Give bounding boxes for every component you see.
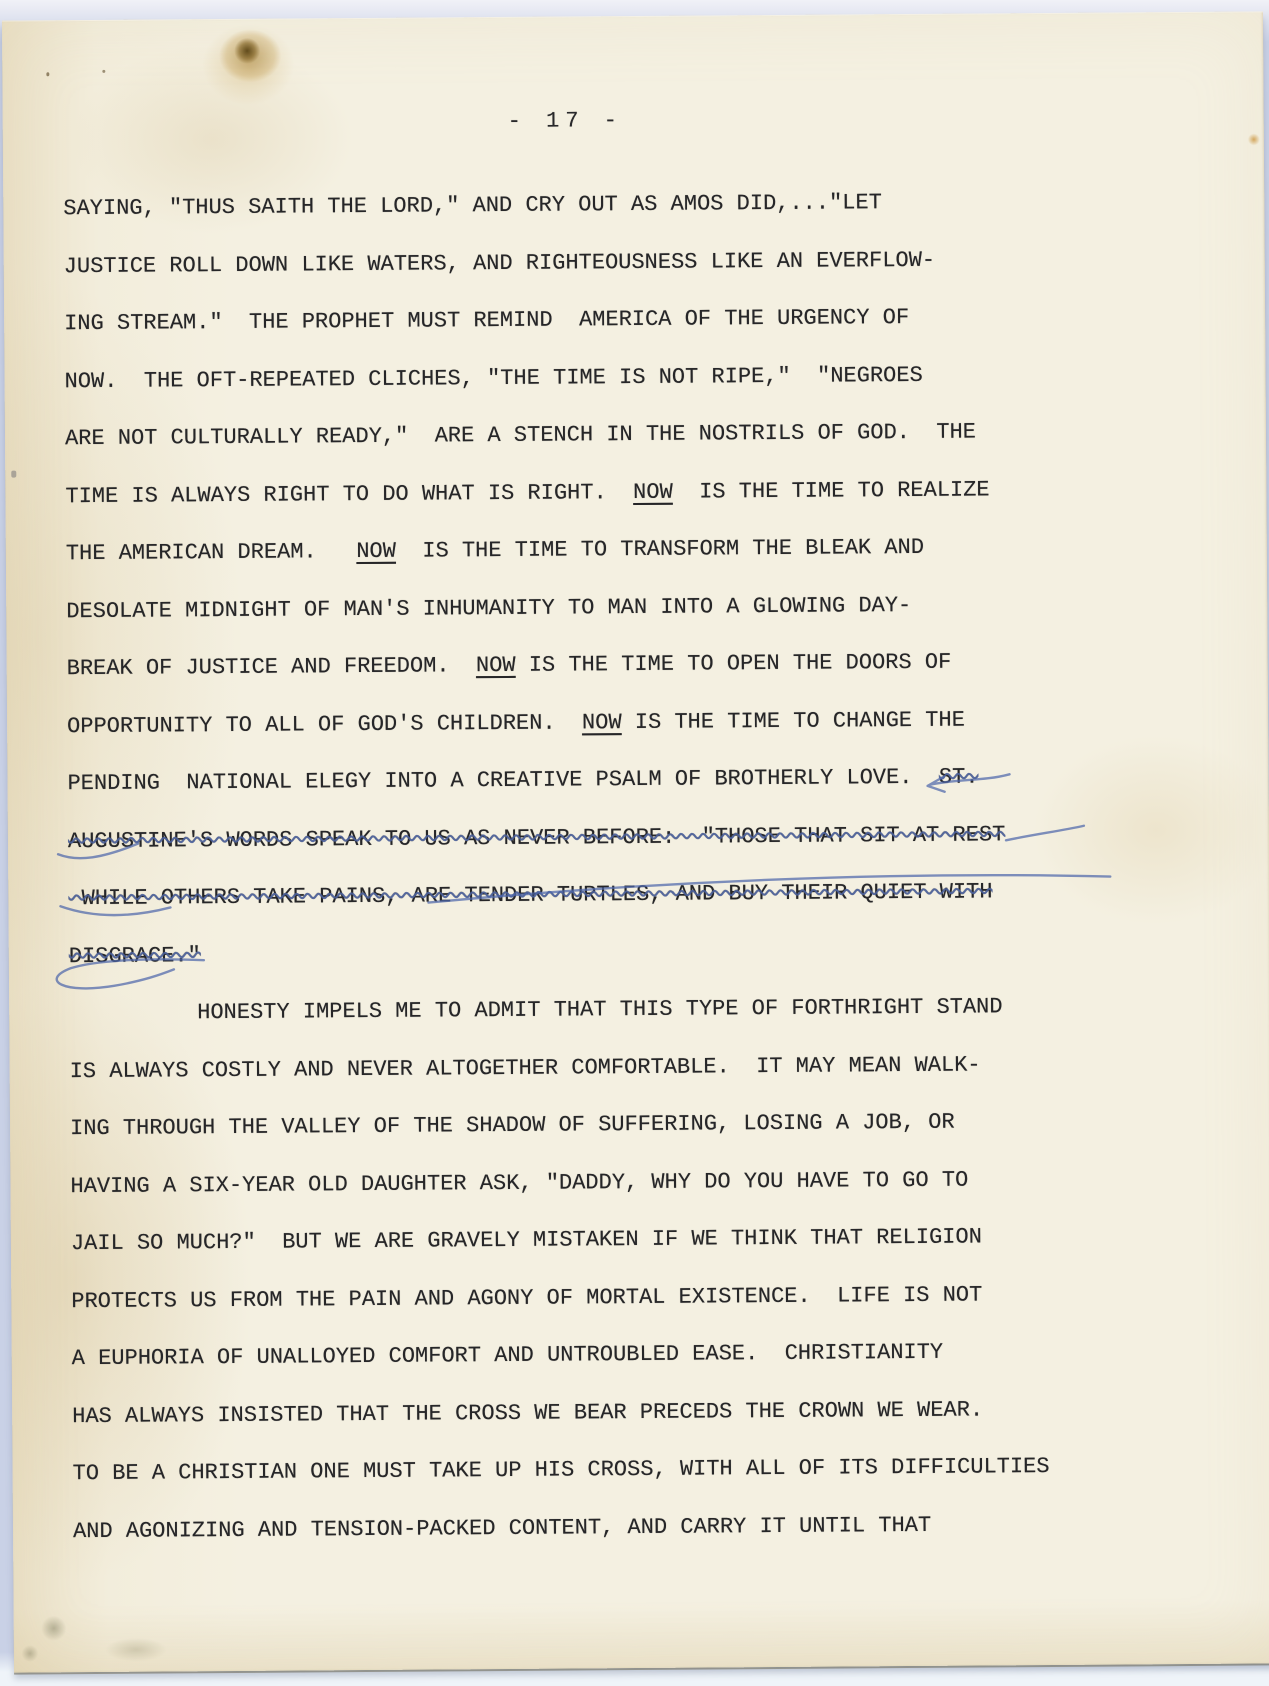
text-segment: IS THE TIME TO CHANGE THE — [622, 707, 965, 735]
text-line: PENDING NATIONAL ELEGY INTO A CREATIVE P… — [67, 747, 1197, 813]
paper-speck — [102, 70, 105, 73]
text-segment: TO BE A CHRISTIAN ONE MUST TAKE UP HIS C… — [73, 1454, 1050, 1486]
text-line: IS ALWAYS COSTLY AND NEVER ALTOGETHER CO… — [69, 1034, 1199, 1100]
page-number: - 17 - — [508, 108, 623, 134]
text-line: WHILE OTHERS TAKE PAINS, ARE TENDER TURT… — [68, 862, 1198, 928]
text-segment: BREAK OF JUSTICE AND FREEDOM. — [67, 653, 476, 681]
text-line: THE AMERICAN DREAM. NOW IS THE TIME TO T… — [66, 517, 1196, 583]
text-segment: IS THE TIME TO TRANSFORM THE BLEAK AND — [396, 535, 924, 564]
text-segment: IS THE TIME TO OPEN THE DOORS OF — [516, 650, 952, 678]
text-body: SAYING, "THUS SAITH THE LORD," AND CRY O… — [63, 172, 1203, 1560]
underlined-word: NOW — [633, 479, 673, 504]
text-segment: NOW. THE OFT-REPEATED CLICHES, "THE TIME… — [65, 362, 923, 393]
text-line: TIME IS ALWAYS RIGHT TO DO WHAT IS RIGHT… — [65, 459, 1195, 525]
text-segment: JUSTICE ROLL DOWN LIKE WATERS, AND RIGHT… — [64, 247, 936, 278]
text-line: OPPORTUNITY TO ALL OF GOD'S CHILDREN. NO… — [67, 689, 1197, 755]
struck-text: ST. — [939, 765, 979, 790]
text-line: HAVING A SIX-YEAR OLD DAUGHTER ASK, "DAD… — [70, 1149, 1200, 1215]
struck-text: AUGUSTINE'S WORDS SPEAK TO US AS NEVER B… — [68, 822, 1006, 854]
text-line: A EUPHORIA OF UNALLOYED COMFORT AND UNTR… — [72, 1322, 1202, 1388]
text-line: HONESTY IMPELS ME TO ADMIT THAT THIS TYP… — [69, 977, 1199, 1043]
text-segment: PROTECTS US FROM THE PAIN AND AGONY OF M… — [71, 1282, 982, 1314]
text-segment: OPPORTUNITY TO ALL OF GOD'S CHILDREN. — [67, 710, 582, 739]
text-segment: A EUPHORIA OF UNALLOYED COMFORT AND UNTR… — [72, 1340, 944, 1371]
text-segment: JAIL SO MUCH?" BUT WE ARE GRAVELY MISTAK… — [71, 1224, 982, 1256]
underlined-word: NOW — [582, 710, 622, 735]
text-segment: HAS ALWAYS INSISTED THAT THE CROSS WE BE… — [72, 1397, 983, 1429]
text-line: HAS ALWAYS INSISTED THAT THE CROSS WE BE… — [72, 1379, 1202, 1445]
text-line: AUGUSTINE'S WORDS SPEAK TO US AS NEVER B… — [68, 804, 1198, 870]
text-line: PROTECTS US FROM THE PAIN AND AGONY OF M… — [71, 1264, 1201, 1330]
text-segment: PENDING NATIONAL ELEGY INTO A CREATIVE P… — [67, 765, 939, 796]
text-line: BREAK OF JUSTICE AND FREEDOM. NOW IS THE… — [67, 632, 1197, 698]
text-segment: TIME IS ALWAYS RIGHT TO DO WHAT IS RIGHT… — [65, 480, 633, 509]
text-segment: HAVING A SIX-YEAR OLD DAUGHTER ASK, "DAD… — [70, 1167, 968, 1199]
text-line: ARE NOT CULTURALLY READY," ARE A STENCH … — [65, 402, 1195, 468]
text-line: NOW. THE OFT-REPEATED CLICHES, "THE TIME… — [64, 344, 1194, 410]
paper-speck — [46, 72, 49, 76]
text-line: AND AGONIZING AND TENSION-PACKED CONTENT… — [73, 1494, 1203, 1560]
text-line: SAYING, "THUS SAITH THE LORD," AND CRY O… — [63, 172, 1193, 238]
document-page: - 17 - SAYING, "THUS SAITH THE LORD," AN… — [2, 11, 1269, 1672]
text-segment: ING STREAM." THE PROPHET MUST REMIND AME… — [64, 305, 909, 336]
text-line: JUSTICE ROLL DOWN LIKE WATERS, AND RIGHT… — [64, 229, 1194, 295]
text-segment: ING THROUGH THE VALLEY OF THE SHADOW OF … — [70, 1110, 955, 1141]
scanned-page-background: - 17 - SAYING, "THUS SAITH THE LORD," AN… — [0, 0, 1269, 1686]
text-line: DISGRACE." — [69, 919, 1199, 985]
underlined-word: NOW — [356, 539, 396, 564]
text-segment: SAYING, "THUS SAITH THE LORD," AND CRY O… — [63, 190, 882, 221]
text-segment: ARE NOT CULTURALLY READY," ARE A STENCH … — [65, 420, 976, 452]
struck-text: WHILE OTHERS TAKE PAINS, ARE TENDER TURT… — [68, 879, 992, 911]
text-segment: IS ALWAYS COSTLY AND NEVER ALTOGETHER CO… — [70, 1052, 981, 1084]
text-segment: THE AMERICAN DREAM. — [66, 539, 357, 566]
paper-speck — [11, 471, 16, 478]
text-segment: DESOLATE MIDNIGHT OF MAN'S INHUMANITY TO… — [66, 592, 911, 623]
text-line: JAIL SO MUCH?" BUT WE ARE GRAVELY MISTAK… — [71, 1207, 1201, 1273]
text-line: DESOLATE MIDNIGHT OF MAN'S INHUMANITY TO… — [66, 574, 1196, 640]
struck-text: DISGRACE." — [69, 943, 201, 969]
underlined-word: NOW — [476, 653, 516, 678]
text-line: TO BE A CHRISTIAN ONE MUST TAKE UP HIS C… — [72, 1437, 1202, 1503]
text-segment: HONESTY IMPELS ME TO ADMIT THAT THIS TYP… — [197, 994, 1003, 1025]
text-segment: IS THE TIME TO REALIZE — [673, 477, 990, 504]
text-segment: AND AGONIZING AND TENSION-PACKED CONTENT… — [73, 1512, 931, 1543]
text-line: ING STREAM." THE PROPHET MUST REMIND AME… — [64, 287, 1194, 353]
text-line: ING THROUGH THE VALLEY OF THE SHADOW OF … — [70, 1092, 1200, 1158]
